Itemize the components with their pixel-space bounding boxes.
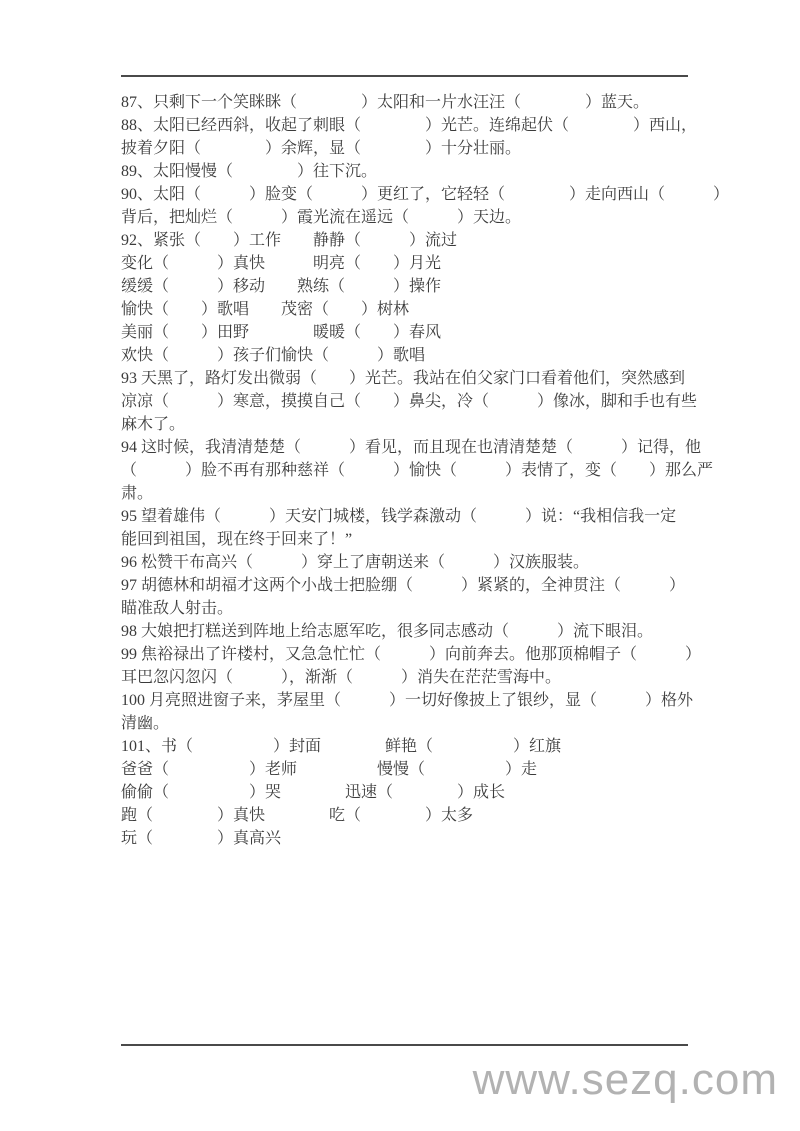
- text-line: 麻木了。: [121, 413, 696, 436]
- text-line: 玩（ ）真高兴: [121, 827, 696, 850]
- text-line: 90、太阳（ ）脸变（ ）更红了，它轻轻（ ）走向西山（ ）: [121, 183, 696, 206]
- text-line: 凉凉（ ）寒意，摸摸自己（ ）鼻尖，冷（ ）像冰，脚和手也有些: [121, 390, 696, 413]
- text-line: 98 大娘把打糕送到阵地上给志愿军吃，很多同志感动（ ）流下眼泪。: [121, 620, 696, 643]
- text-line: 偷偷（ ）哭 迅速（ ）成长: [121, 781, 696, 804]
- text-line: 披着夕阳（ ）余辉，显（ ）十分壮丽。: [121, 137, 696, 160]
- text-line: 瞄准敌人射击。: [121, 597, 696, 620]
- text-line: 变化（ ）真快 明亮（ ）月光: [121, 252, 696, 275]
- text-line: 95 望着雄伟（ ）天安门城楼，钱学森激动（ ）说：“我相信我一定: [121, 505, 696, 528]
- text-line: 肃。: [121, 482, 696, 505]
- worksheet-page: 87、只剩下一个笑眯眯（ ）太阳和一片水汪汪（ ）蓝天。 88、太阳已经西斜，收…: [0, 0, 800, 1131]
- bottom-rule: [121, 1044, 688, 1046]
- text-line: 爸爸（ ）老师 慢慢（ ）走: [121, 758, 696, 781]
- text-line: 88、太阳已经西斜，收起了刺眼（ ）光芒。连绵起伏（ ）西山，: [121, 114, 696, 137]
- text-line: 背后，把灿烂（ ）霞光流在遥远（ ）天边。: [121, 206, 696, 229]
- text-line: 99 焦裕禄出了许楼村，又急急忙忙（ ）向前奔去。他那顶棉帽子（ ）: [121, 643, 696, 666]
- text-line: 89、太阳慢慢（ ）往下沉。: [121, 160, 696, 183]
- text-line: 96 松赞干布高兴（ ）穿上了唐朝送来（ ）汉族服装。: [121, 551, 696, 574]
- text-line: 耳巴忽闪忽闪（ ），渐渐（ ）消失在茫茫雪海中。: [121, 666, 696, 689]
- text-line: 94 这时候，我清清楚楚（ ）看见，而且现在也清清楚楚（ ）记得，他: [121, 436, 696, 459]
- text-line: 清幽。: [121, 712, 696, 735]
- text-line: 能回到祖国，现在终于回来了！”: [121, 528, 696, 551]
- text-line: 97 胡德林和胡福才这两个小战士把脸绷（ ）紧紧的，全神贯注（ ）: [121, 574, 696, 597]
- watermark: www.sezq.com: [473, 1056, 778, 1104]
- text-line: 跑（ ）真快 吃（ ）太多: [121, 804, 696, 827]
- text-line: 87、只剩下一个笑眯眯（ ）太阳和一片水汪汪（ ）蓝天。: [121, 91, 696, 114]
- text-line: 93 天黑了，路灯发出微弱（ ）光芒。我站在伯父家门口看着他们，突然感到: [121, 367, 696, 390]
- text-line: （ ）脸不再有那种慈祥（ ）愉快（ ）表情了，变（ ）那么严: [121, 459, 696, 482]
- text-line: 美丽（ ）田野 暖暖（ ）春风: [121, 321, 696, 344]
- text-line: 100 月亮照进窗子来，茅屋里（ ）一切好像披上了银纱，显（ ）格外: [121, 689, 696, 712]
- text-line: 92、紧张（ ）工作 静静（ ）流过: [121, 229, 696, 252]
- worksheet-body: 87、只剩下一个笑眯眯（ ）太阳和一片水汪汪（ ）蓝天。 88、太阳已经西斜，收…: [121, 91, 696, 850]
- text-line: 欢快（ ）孩子们愉快（ ）歌唱: [121, 344, 696, 367]
- text-line: 101、书（ ）封面 鲜艳（ ）红旗: [121, 735, 696, 758]
- text-line: 缓缓（ ）移动 熟练（ ）操作: [121, 275, 696, 298]
- text-line: 愉快（ ）歌唱 茂密（ ）树林: [121, 298, 696, 321]
- top-rule: [121, 75, 688, 77]
